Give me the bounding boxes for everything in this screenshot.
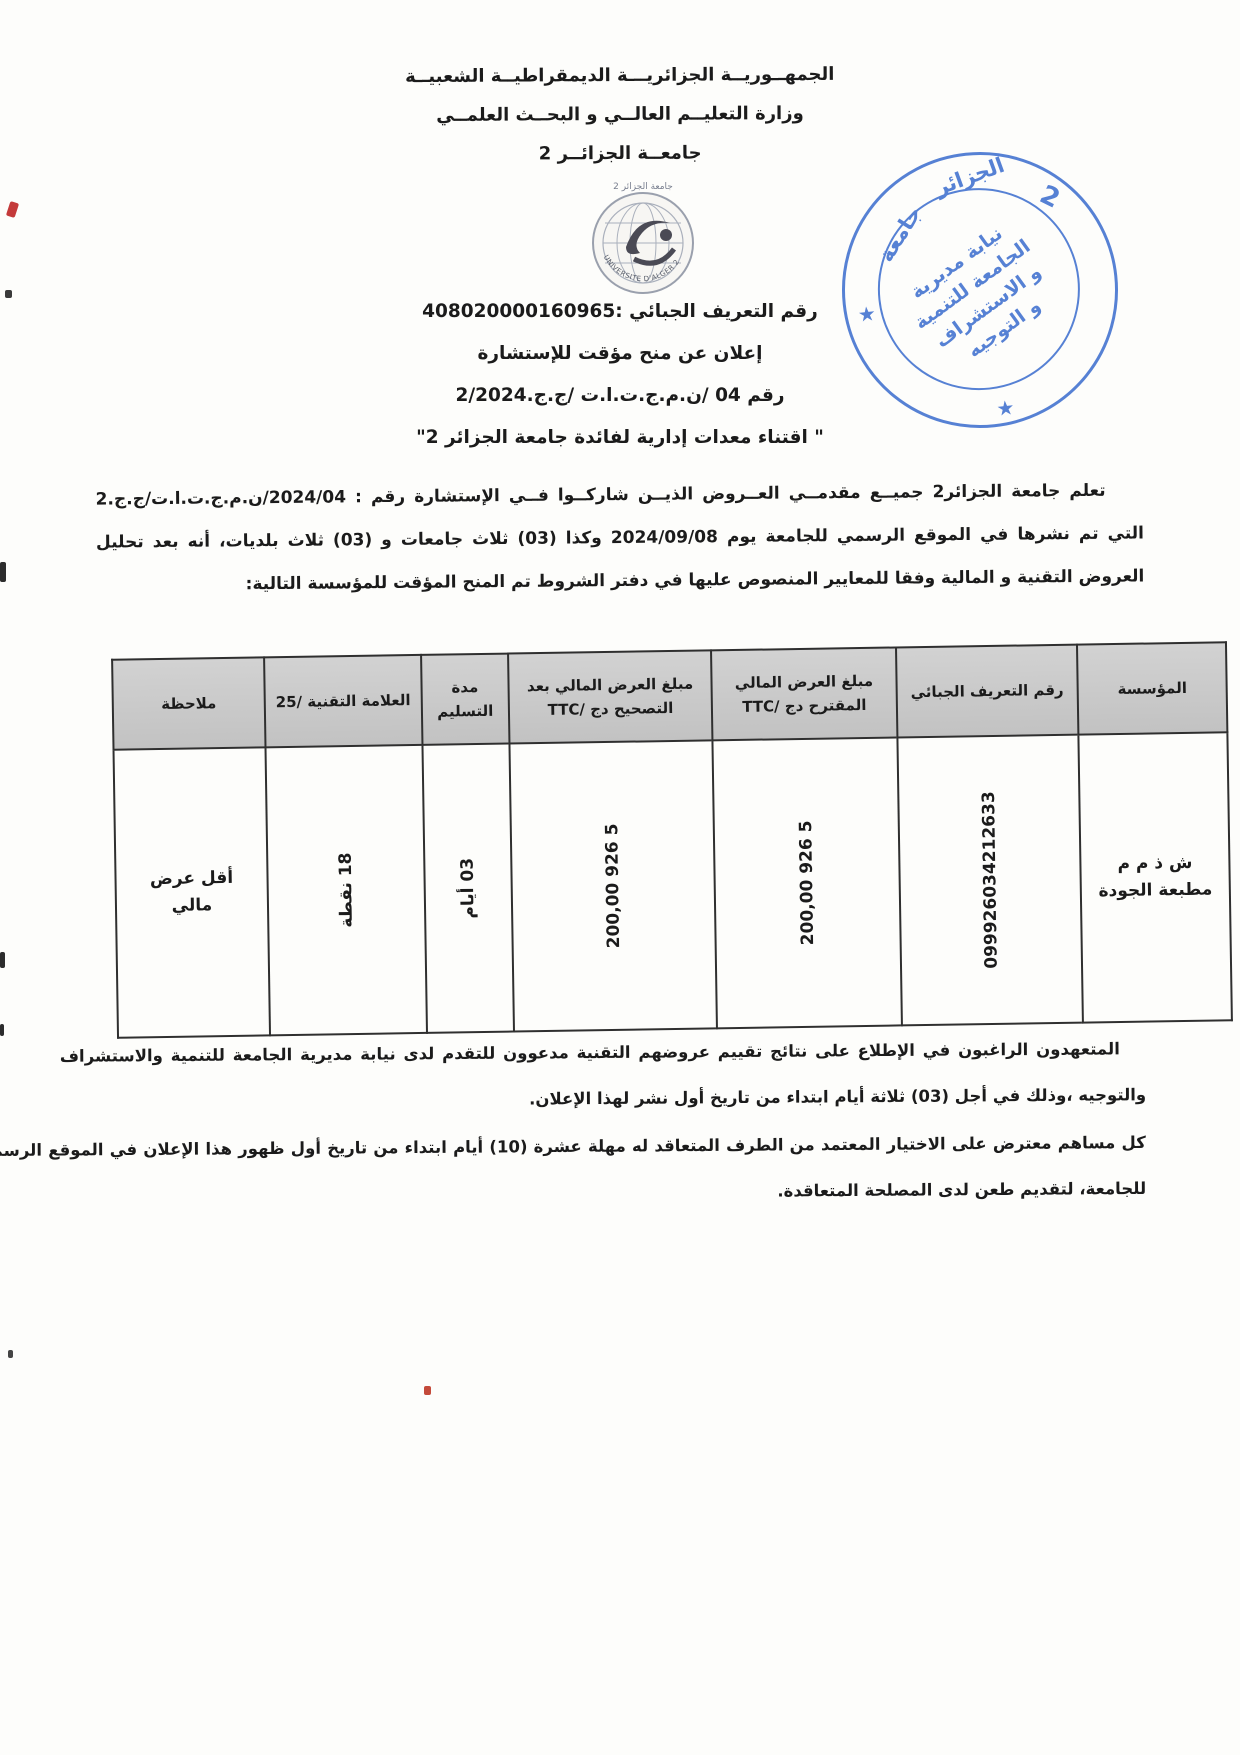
cell-institution: ش ذ م م مطبعة الجودة [1079,732,1232,1022]
note-value: أقل عرض مالي [148,865,235,920]
scan-artifact [6,201,19,218]
scan-artifact [0,952,5,968]
col-header-proposed-amount: مبلغ العرض المالي المقترح دج /TTC [711,647,897,740]
col-header-institution: المؤسسة [1077,642,1227,734]
delivery-time-value: 03 أيام [458,858,479,919]
closing-paragraph-1: المتعهدون الراغبون في الإطلاع على نتائج … [60,1026,1147,1126]
col-header-corrected-amount: مبلغ العرض المالي بعد التصحيح دج /TTC [508,650,713,743]
tax-id-value: 099926034212633 [979,791,1002,969]
subject-line: " اقتناء معدات إدارية لفائدة جامعة الجزا… [0,422,1240,453]
intro-paragraph: تعلم جامعة الجزائر2 جميــع مقدمــي العــ… [95,469,1144,607]
notice-block: رقم التعريف الجبائي :408020000160965 إعل… [0,296,1240,464]
scan-artifact [424,1386,431,1395]
announcement-title: إعلان عن منح مؤقت للإستشارة [0,338,1240,369]
award-table: المؤسسة رقم التعريف الجبائي مبلغ العرض ا… [111,641,1233,1038]
cell-delivery-time: 03 أيام [422,744,514,1033]
cell-corrected-amount: 5 926 200,00 [509,740,717,1031]
scanned-document-page: الجمهــوريــة الجزائريـــة الديمقراطيــة… [0,0,1240,1755]
seal-arabic-ring-text: جامعة الجزائر 2 [613,182,673,192]
table-header-row: المؤسسة رقم التعريف الجبائي مبلغ العرض ا… [112,642,1227,749]
scan-artifact [5,290,12,298]
company-name-line1: ش ذ م م [1082,849,1227,878]
university-seal-logo: UNIVERSITE D'ALGER 2 جامعة الجزائر 2 [578,173,708,305]
scan-artifact [0,562,6,582]
header-ministry-line: وزارة التعليــم العالــي و البحــث العلم… [0,92,1240,137]
tax-id-line: رقم التعريف الجبائي :408020000160965 [0,296,1240,327]
col-header-delivery-time: مدة التسليم [421,654,510,745]
col-header-tax-id: رقم التعريف الجبائي [896,645,1079,738]
reference-number-line: رقم 04 /ن.م.ج.ت.ا.ت /ج.ج.2/2024 [0,380,1240,411]
col-header-note: ملاحظة [112,657,265,749]
technical-score-value: 18 نقطة [336,852,357,927]
table-row: ش ذ م م مطبعة الجودة 099926034212633 5 9… [114,732,1232,1037]
col-header-technical-score: العلامة التقنية /25 [264,655,422,747]
cell-proposed-amount: 5 926 200,00 [713,737,902,1028]
scan-artifact [0,1024,4,1036]
scan-artifact [8,1350,13,1358]
header-republic-line: الجمهــوريــة الجزائريـــة الديمقراطيــة… [0,53,1240,98]
university-seal-icon: UNIVERSITE D'ALGER 2 جامعة الجزائر 2 [578,173,708,305]
proposed-amount-value: 5 926 200,00 [796,820,818,945]
closing-paragraph-2: كل مساهم معترض على الاختيار المعتمد من ا… [0,1120,1146,1220]
cell-note: أقل عرض مالي [114,747,270,1037]
cell-tax-id: 099926034212633 [897,735,1083,1026]
corrected-amount-value: 5 926 200,00 [602,823,624,948]
cell-technical-score: 18 نقطة [265,745,426,1035]
company-name-line2: مطبعة الجودة [1083,876,1228,905]
